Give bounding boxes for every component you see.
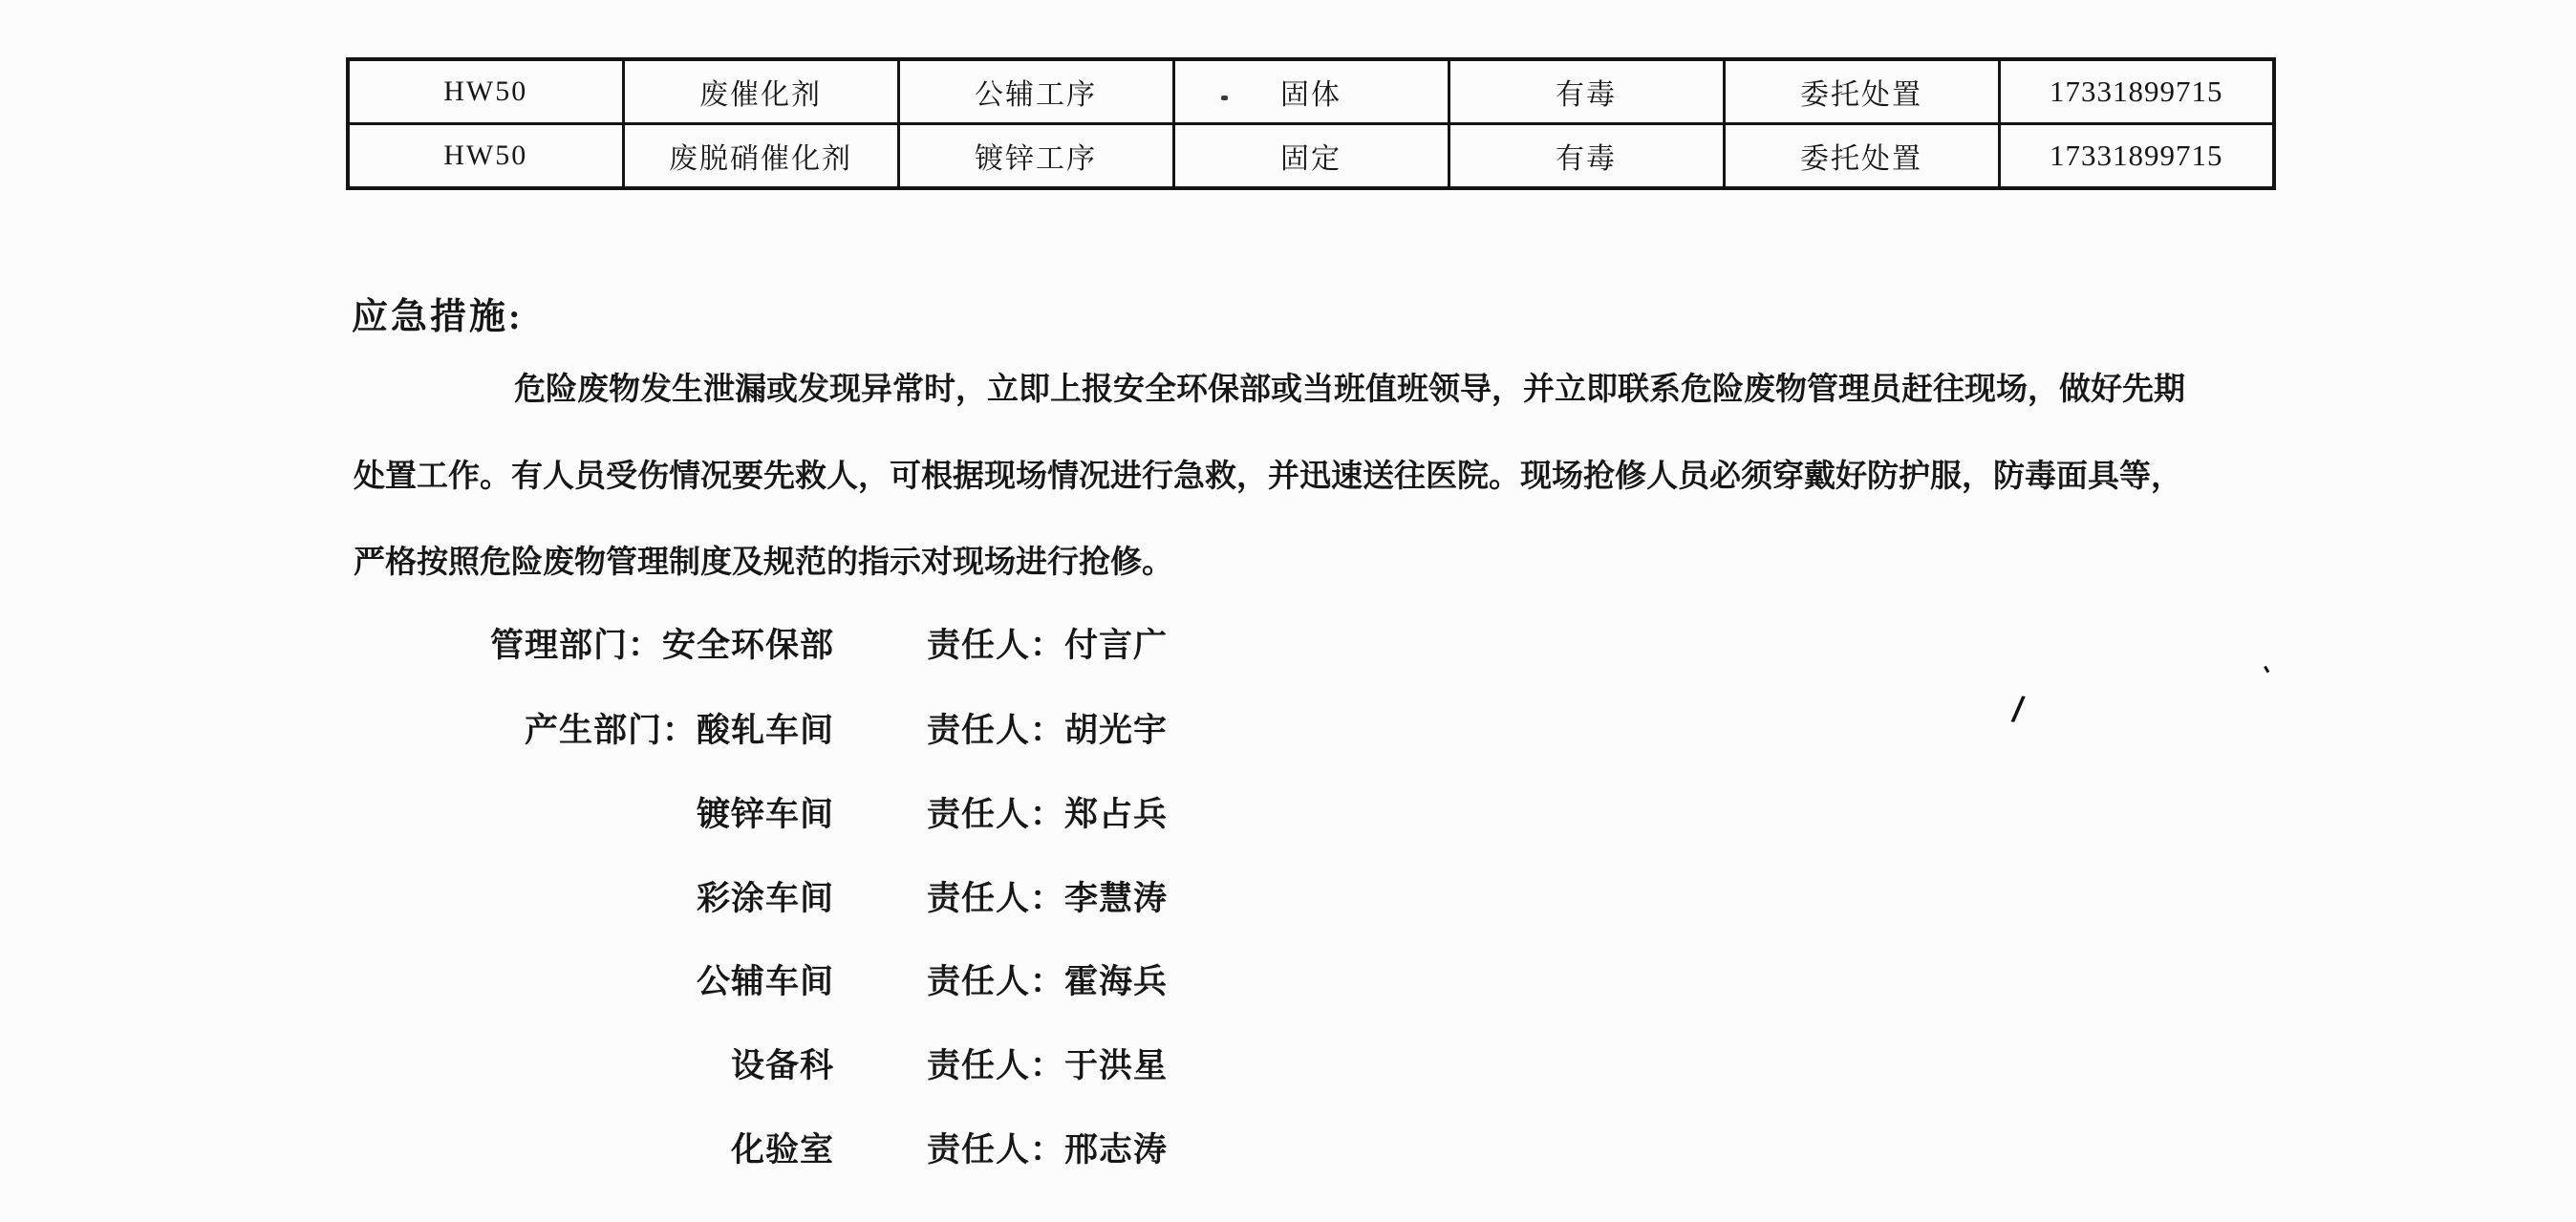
- responsible-person-label: 责任人：李慧涛: [927, 872, 1168, 920]
- table-row: HW50 废催化剂 公辅工序 固体 有毒 委托处置 17331899715: [348, 59, 2274, 124]
- emergency-paragraph-line: 危险废物发生泄漏或发现异常时，立即上报安全环保部或当班值班领导，并立即联系危险废…: [354, 369, 2185, 411]
- hazardous-waste-table: HW50 废催化剂 公辅工序 固体 有毒 委托处置 17331899715 HW…: [346, 57, 2276, 190]
- department-label: 产生部门：酸轧车间: [430, 704, 834, 752]
- cell-phone: 17331899715: [1999, 59, 2274, 124]
- responsible-person-label: 责任人：胡光宇: [927, 704, 1168, 752]
- department-label: 设备科: [430, 1040, 834, 1087]
- scanned-document-page: HW50 废催化剂 公辅工序 固体 有毒 委托处置 17331899715 HW…: [0, 0, 2576, 1222]
- cell-disposal: 委托处置: [1724, 124, 1999, 189]
- list-item: 管理部门：安全环保部责任人：付言广: [430, 619, 1168, 665]
- list-item: 产生部门：酸轧车间责任人：胡光宇: [430, 704, 1168, 750]
- cell-hazard: 有毒: [1449, 59, 1724, 124]
- cell-form: 固定: [1173, 124, 1449, 189]
- cell-form: 固体: [1173, 59, 1449, 124]
- list-item: 镀锌车间责任人：郑占兵: [430, 788, 1168, 834]
- responsible-person-label: 责任人：于洪星: [927, 1040, 1168, 1087]
- scan-ink-artifact: ': [2260, 661, 2281, 690]
- department-label: 化验室: [430, 1124, 834, 1171]
- cell-process: 镀锌工序: [898, 124, 1173, 189]
- list-item: 彩涂车间责任人：李慧涛: [430, 872, 1168, 918]
- department-label: 管理部门：安全环保部: [430, 619, 834, 667]
- cell-hazard: 有毒: [1449, 124, 1724, 189]
- responsible-person-label: 责任人：霍海兵: [927, 955, 1168, 1003]
- responsible-person-label: 责任人：邢志涛: [927, 1124, 1168, 1171]
- list-item: 化验室责任人：邢志涛: [430, 1124, 1168, 1169]
- emergency-measures-heading: 应急措施:: [352, 287, 524, 339]
- cell-waste-code: HW50: [348, 59, 623, 124]
- department-label: 公辅车间: [430, 955, 834, 1003]
- cell-waste-name: 废催化剂: [623, 59, 898, 124]
- emergency-paragraph-line: 严格按照危险废物管理制度及规范的指示对现场进行抢修。: [354, 542, 1173, 584]
- scan-ink-artifact: [1221, 96, 1228, 100]
- list-item: 设备科责任人：于洪星: [430, 1040, 1168, 1085]
- scan-ink-artifact: /: [2010, 689, 2027, 728]
- department-label: 彩涂车间: [430, 872, 834, 920]
- department-label: 镀锌车间: [430, 788, 834, 836]
- emergency-paragraph-line: 处置工作。有人员受伤情况要先救人，可根据现场情况进行急救，并迅速送往医院。现场抢…: [354, 456, 2182, 498]
- list-item: 公辅车间责任人：霍海兵: [430, 955, 1168, 1001]
- cell-disposal: 委托处置: [1724, 59, 1999, 124]
- table-row: HW50 废脱硝催化剂 镀锌工序 固定 有毒 委托处置 17331899715: [348, 124, 2274, 189]
- cell-phone: 17331899715: [1999, 124, 2274, 189]
- cell-waste-name: 废脱硝催化剂: [623, 124, 898, 189]
- responsible-person-label: 责任人：郑占兵: [927, 788, 1168, 836]
- cell-process: 公辅工序: [898, 59, 1173, 124]
- cell-waste-code: HW50: [348, 124, 623, 189]
- responsible-person-label: 责任人：付言广: [927, 619, 1168, 667]
